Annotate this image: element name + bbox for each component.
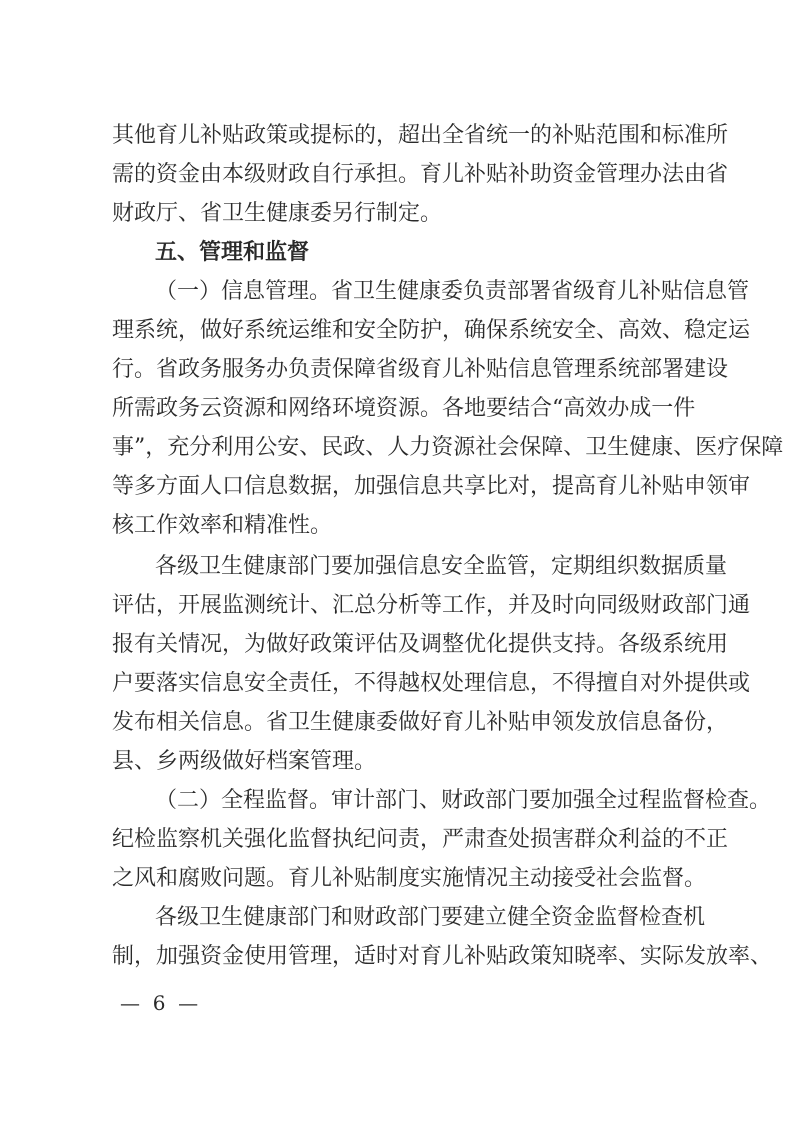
- paragraph-line: 理系统，做好系统运维和安全防护，确保系统安全、高效、稳定运: [112, 312, 687, 350]
- paragraph-line: 所需政务云资源和网络环境资源。各地要结合“高效办成一件: [112, 390, 687, 428]
- paragraph-line: 核工作效率和精准性。: [112, 507, 687, 545]
- paragraph-line: 评估，开展监测统计、汇总分析等工作，并及时向同级财政部门通: [112, 587, 687, 625]
- paragraph-line: 其他育儿补贴政策或提标的，超出全省统一的补贴范围和标准所: [112, 117, 687, 155]
- paragraph-line: 各级卫生健康部门和财政部门要建立健全资金监督检查机: [155, 899, 687, 937]
- paragraph-line: 县、乡两级做好档案管理。: [112, 743, 687, 781]
- document-page: 其他育儿补贴政策或提标的，超出全省统一的补贴范围和标准所 需的资金由本级财政自行…: [0, 0, 793, 1122]
- paragraph-line: 户要落实信息安全责任，不得越权处理信息，不得擅自对外提供或: [112, 665, 687, 703]
- subsection-info-management: （一）信息管理。省卫生健康委负责部署省级育儿补贴信息管: [155, 273, 687, 311]
- subsection-full-supervision: （二）全程监督。审计部门、财政部门要加强全过程监督检查。: [155, 782, 687, 820]
- paragraph-line: 制，加强资金使用管理，适时对育儿补贴政策知晓率、实际发放率、: [112, 938, 687, 976]
- section-heading: 五、管理和监督: [155, 234, 687, 272]
- paragraph-line: 纪检监察机关强化监督执纪问责，严肃查处损害群众利益的不正: [112, 821, 687, 859]
- paragraph-line: 行。省政务服务办负责保障省级育儿补贴信息管理系统部署建设: [112, 351, 687, 389]
- page-number: — 6 —: [120, 988, 198, 1018]
- paragraph-line: 各级卫生健康部门要加强信息安全监管，定期组织数据质量: [155, 548, 687, 586]
- paragraph-line: 需的资金由本级财政自行承担。育儿补贴补助资金管理办法由省: [112, 156, 687, 194]
- paragraph-line: 财政厅、省卫生健康委另行制定。: [112, 195, 687, 233]
- paragraph-line: 之风和腐败问题。育儿补贴制度实施情况主动接受社会监督。: [112, 860, 687, 898]
- paragraph-line: 事”，充分利用公安、民政、人力资源社会保障、卫生健康、医疗保障: [112, 429, 687, 467]
- paragraph-line: 发布相关信息。省卫生健康委做好育儿补贴申领发放信息备份，: [112, 704, 687, 742]
- paragraph-line: 报有关情况，为做好政策评估及调整优化提供支持。各级系统用: [112, 626, 687, 664]
- paragraph-line: 等多方面人口信息数据，加强信息共享比对，提高育儿补贴申领审: [112, 468, 687, 506]
